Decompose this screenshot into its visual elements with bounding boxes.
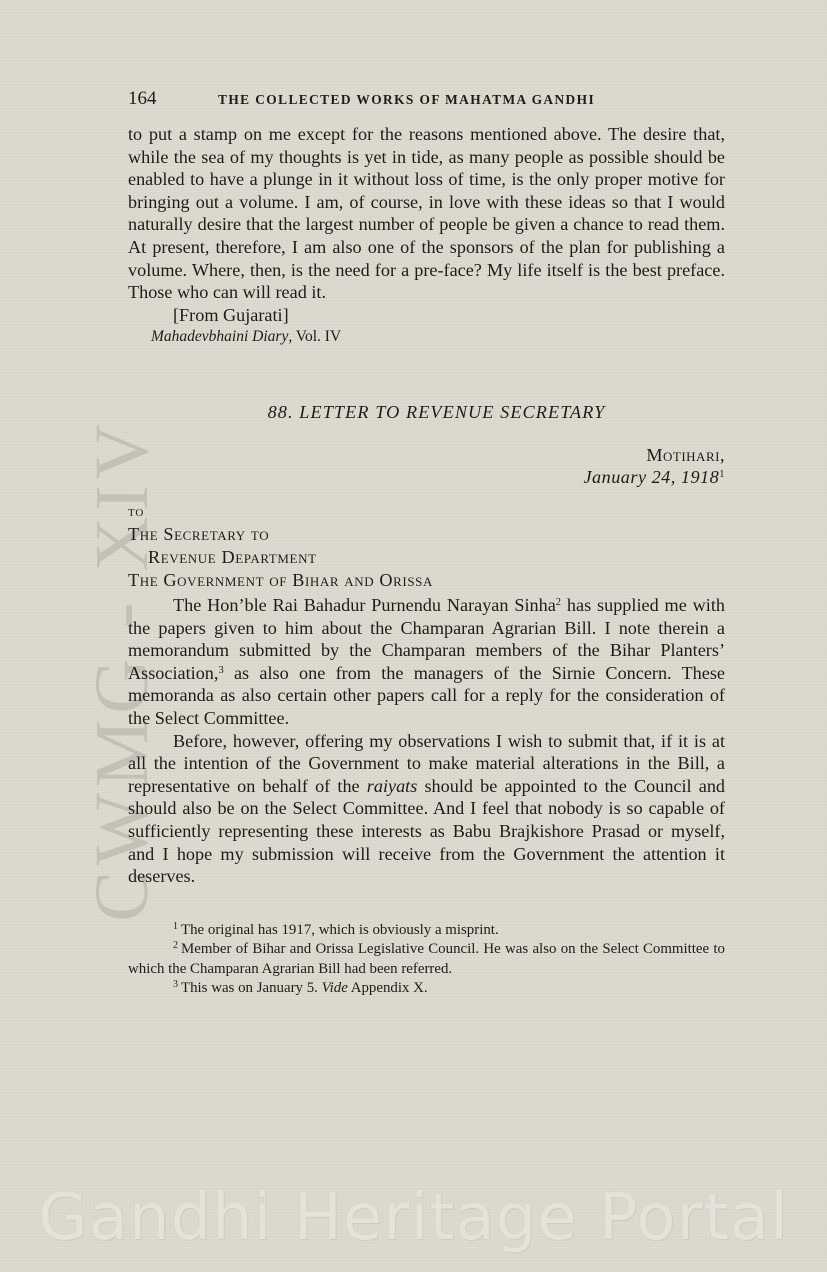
footnote-text: Member of Bihar and Orissa Legislative C… bbox=[128, 941, 725, 977]
footnote: 2Member of Bihar and Orissa Legislative … bbox=[128, 940, 725, 979]
addressee-block: to The Secretary to Revenue Department T… bbox=[128, 501, 725, 591]
addressee-line: The Government of Bihar and Orissa bbox=[128, 569, 725, 592]
footnote-text: This was on January 5. bbox=[181, 980, 322, 996]
letter-body: The Hon’ble Rai Bahadur Purnendu Narayan… bbox=[128, 594, 725, 888]
letter-date: January 24, 19181 bbox=[128, 466, 725, 489]
book-title: THE COLLECTED WORKS OF MAHATMA GANDHI bbox=[218, 89, 595, 112]
text-run: The Hon’ble Rai Bahadur Purnendu Narayan… bbox=[173, 595, 556, 615]
footnotes: 1The original has 1917, which is obvious… bbox=[128, 921, 725, 999]
footnote: 3This was on January 5. Vide Appendix X. bbox=[128, 979, 725, 999]
letter-paragraph: Before, however, offering my observation… bbox=[128, 730, 725, 888]
source-book-title: Mahadevbhaini Diary bbox=[151, 328, 288, 345]
page-content: 164 THE COLLECTED WORKS OF MAHATMA GANDH… bbox=[128, 88, 725, 999]
letter-date-text: January 24, 1918 bbox=[583, 467, 719, 487]
portal-watermark: Gandhi Heritage Portal bbox=[0, 1186, 827, 1250]
footnote: 1The original has 1917, which is obvious… bbox=[128, 921, 725, 941]
letter-paragraph: The Hon’ble Rai Bahadur Purnendu Narayan… bbox=[128, 594, 725, 730]
continued-paragraph: to put a stamp on me except for the reas… bbox=[128, 123, 725, 304]
letter-place: Motihari, bbox=[128, 444, 725, 467]
addressee-to: to bbox=[128, 501, 725, 524]
footnote-text: The original has 1917, which is obviousl… bbox=[181, 922, 499, 938]
document-heading: 88. LETTER TO REVENUE SECRETARY bbox=[128, 401, 725, 424]
italic-term: raiyats bbox=[367, 776, 418, 796]
source-language: [From Gujarati] bbox=[128, 304, 725, 327]
footnote-text: Appendix X. bbox=[348, 980, 428, 996]
source-book-volume: , Vol. IV bbox=[288, 328, 341, 345]
footnote-number: 1 bbox=[173, 921, 178, 932]
footnote-italic: Vide bbox=[322, 980, 348, 996]
footnote-number: 3 bbox=[173, 979, 178, 990]
source-citation: Mahadevbhaini Diary, Vol. IV bbox=[128, 326, 725, 349]
addressee-line: Revenue Department bbox=[128, 546, 725, 569]
running-header: 164 THE COLLECTED WORKS OF MAHATMA GANDH… bbox=[128, 88, 725, 110]
page-number: 164 bbox=[128, 88, 218, 111]
addressee-line: The Secretary to bbox=[128, 523, 725, 546]
footnote-ref: 1 bbox=[719, 469, 725, 480]
footnote-number: 2 bbox=[173, 940, 178, 951]
